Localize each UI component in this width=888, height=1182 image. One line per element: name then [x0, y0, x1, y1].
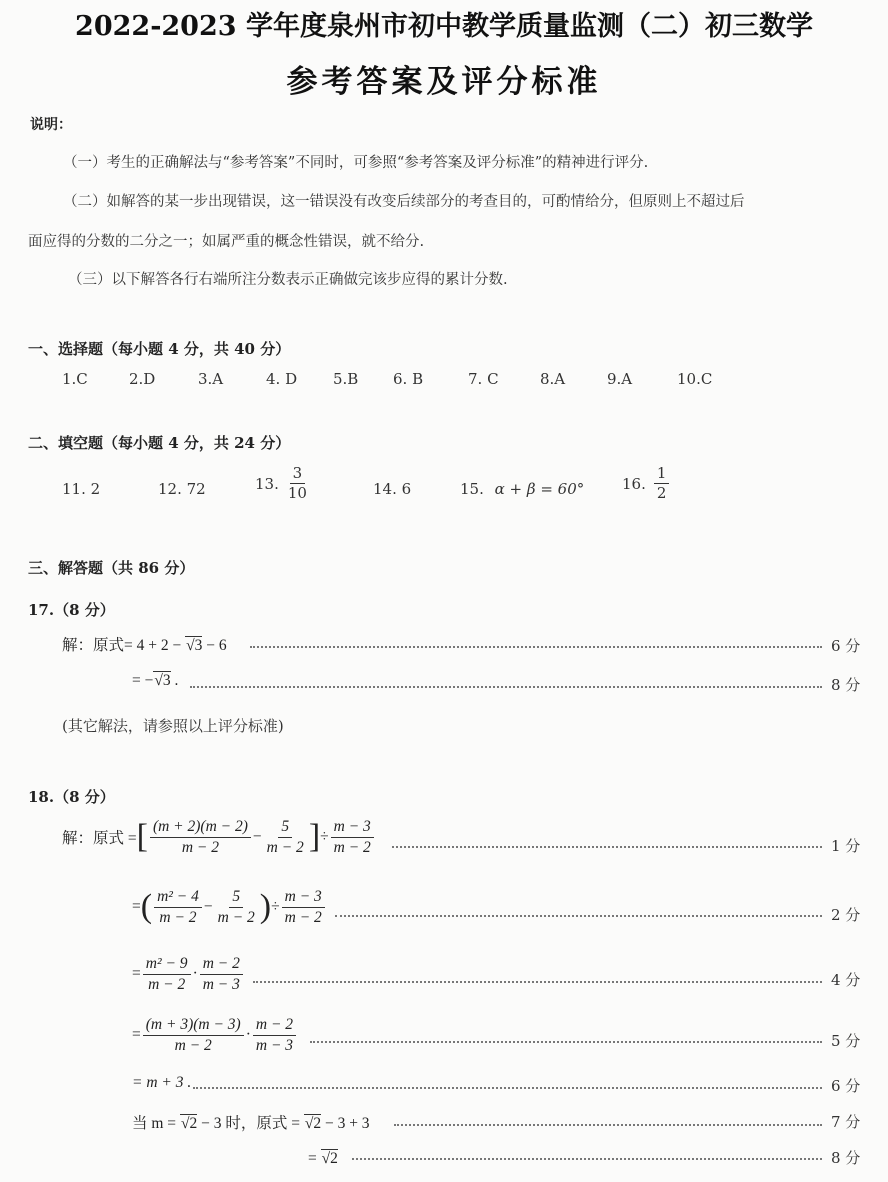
fraction: 5m − 2	[215, 888, 258, 927]
q18-step-2: = ( m² − 4m − 2 − 5m − 2 ) ÷ m − 3m − 2	[132, 888, 327, 927]
operator: −	[253, 828, 262, 846]
denominator: m − 2	[145, 975, 188, 994]
denominator: m − 2	[215, 908, 258, 927]
expr: = 4 + 2 −	[124, 637, 185, 654]
answer-7: 7. C	[468, 370, 499, 388]
q18-points-4: 5 分	[831, 1030, 860, 1051]
answer-15-label: 15.	[460, 480, 484, 498]
q17-step-2: = −3 .	[132, 672, 178, 690]
sqrt: 2	[321, 1149, 338, 1167]
operator: =	[132, 965, 141, 983]
answer-13: 13. 3 10	[255, 465, 312, 503]
dotted-leader	[190, 686, 822, 688]
expr: = m + 3 .	[132, 1074, 191, 1091]
answer-3: 3.A	[198, 370, 223, 388]
answer-15: 15. α + β = 60°	[460, 480, 584, 498]
q18-step-1: 解：原式 = [ (m + 2)(m − 2)m − 2 − 5m − 2 ] …	[62, 818, 376, 857]
section-multiple-choice-heading: 一、选择题（每小题 4 分，共 40 分）	[28, 338, 290, 359]
section-solutions-heading: 三、解答题（共 86 分）	[28, 557, 194, 578]
expr: − 3 时，原式 =	[197, 1115, 304, 1132]
sqrt: 3	[185, 636, 202, 654]
q17-points-2: 8 分	[831, 674, 860, 695]
right-bracket: ]	[309, 820, 320, 854]
numerator: 1	[654, 465, 670, 484]
answer-16-label: 16.	[622, 475, 646, 493]
dotted-leader	[394, 1124, 822, 1126]
q18-step-4: = (m + 3)(m − 3)m − 2 · m − 2m − 3	[132, 1016, 298, 1055]
sqrt: 2	[304, 1114, 321, 1132]
numerator: m − 2	[253, 1016, 296, 1036]
dotted-leader	[310, 1041, 822, 1043]
answer-16-fraction: 1 2	[654, 465, 670, 503]
answer-5: 5.B	[333, 370, 358, 388]
dotted-leader	[253, 981, 822, 983]
document-title: 2022-2023 学年度泉州市初中教学质量监测（二）初三数学	[0, 4, 888, 43]
denominator: 2	[654, 484, 670, 502]
note-item-1: （一）考生的正确解法与“参考答案”不同时，可参照“参考答案及评分标准”的精神进行…	[63, 151, 648, 172]
denominator: 10	[285, 484, 310, 502]
section-fill-blank-heading: 二、填空题（每小题 4 分，共 24 分）	[28, 432, 290, 453]
expr: − 6	[202, 637, 226, 654]
q17-points-1: 6 分	[831, 635, 860, 656]
q18-step-6: 当 m = 2 − 3 时，原式 = 2 − 3 + 3	[132, 1111, 370, 1133]
denominator: m − 3	[200, 975, 243, 994]
dotted-leader	[352, 1158, 822, 1160]
expr: .	[171, 672, 179, 689]
numerator: (m + 2)(m − 2)	[150, 818, 251, 838]
numerator: 5	[229, 888, 243, 908]
numerator: m − 2	[200, 955, 243, 975]
denominator: m − 2	[172, 1036, 215, 1055]
note-item-3: （三）以下解答各行右端所注分数表示正确做完该步应得的累计分数.	[68, 268, 508, 289]
answer-9: 9.A	[607, 370, 632, 388]
left-bracket: [	[137, 820, 148, 854]
operator: −	[204, 898, 213, 916]
solution-lead: 解：原式	[62, 637, 124, 654]
q18-points-3: 4 分	[831, 969, 860, 990]
q18-step-7: = 2	[308, 1150, 338, 1168]
q17-alt-note: (其它解法，请参照以上评分标准)	[62, 715, 284, 736]
denominator: m − 3	[253, 1036, 296, 1055]
answer-13-label: 13.	[255, 475, 279, 493]
dotted-leader	[335, 915, 822, 917]
denominator: m − 2	[331, 838, 374, 857]
fraction: m² − 9m − 2	[143, 955, 191, 994]
answer-12: 12. 72	[158, 480, 206, 498]
answer-11: 11. 2	[62, 480, 100, 498]
solution-lead: 解：原式 =	[62, 826, 137, 848]
answer-4: 4. D	[266, 370, 297, 388]
sqrt: 3	[153, 671, 170, 689]
operator: =	[132, 898, 141, 916]
numerator: 5	[278, 818, 292, 838]
answer-2: 2.D	[129, 370, 155, 388]
left-paren: (	[141, 890, 152, 924]
numerator: m − 3	[331, 818, 374, 838]
sqrt: 2	[180, 1114, 197, 1132]
dotted-leader	[250, 646, 822, 648]
answer-15-expression: α + β = 60°	[495, 480, 585, 498]
operator: ·	[193, 965, 198, 983]
answer-13-fraction: 3 10	[285, 465, 310, 503]
numerator: m² − 4	[154, 888, 202, 908]
q17-step-1: 解：原式= 4 + 2 − 3 − 6	[62, 633, 227, 655]
q18-points-1: 1 分	[831, 835, 860, 856]
denominator: m − 2	[156, 908, 199, 927]
question-17-title: 17.（8 分）	[28, 599, 115, 620]
q18-points-6: 7 分	[831, 1111, 860, 1132]
denominator: m − 2	[282, 908, 325, 927]
fraction: m − 3m − 2	[282, 888, 325, 927]
dotted-leader	[193, 1087, 822, 1089]
denominator: m − 2	[179, 838, 222, 857]
q18-step-5: = m + 3 .	[132, 1074, 191, 1092]
operator: =	[132, 1026, 141, 1044]
operator: ÷	[271, 898, 280, 916]
fraction: (m + 2)(m − 2)m − 2	[150, 818, 251, 857]
fraction: 5m − 2	[264, 818, 307, 857]
denominator: m − 2	[264, 838, 307, 857]
fraction: m − 2m − 3	[253, 1016, 296, 1055]
q18-points-7: 8 分	[831, 1147, 860, 1168]
fraction: (m + 3)(m − 3)m − 2	[143, 1016, 244, 1055]
numerator: m² − 9	[143, 955, 191, 975]
answer-6: 6. B	[393, 370, 423, 388]
right-paren: )	[260, 890, 271, 924]
q18-points-2: 2 分	[831, 904, 860, 925]
q18-points-5: 6 分	[831, 1075, 860, 1096]
expr: 当 m =	[132, 1115, 180, 1132]
note-item-2-cont: 面应得的分数的二分之一；如属严重的概念性错误，就不给分.	[28, 230, 424, 251]
expr: − 3 + 3	[321, 1115, 369, 1132]
question-18-title: 18.（8 分）	[28, 786, 115, 807]
fraction: m − 3m − 2	[331, 818, 374, 857]
document-subtitle: 参考答案及评分标准	[0, 56, 888, 101]
operator: ·	[246, 1026, 251, 1044]
dotted-leader	[392, 846, 822, 848]
fraction: m² − 4m − 2	[154, 888, 202, 927]
answer-16: 16. 1 2	[622, 465, 671, 503]
note-item-2: （二）如解答的某一步出现错误，这一错误没有改变后续部分的考查目的，可酌情给分，但…	[63, 190, 745, 211]
answer-14: 14. 6	[373, 480, 411, 498]
numerator: 3	[290, 465, 306, 484]
expr: = −	[132, 672, 153, 689]
expr: =	[308, 1150, 321, 1167]
fraction: m − 2m − 3	[200, 955, 243, 994]
notes-heading: 说明：	[30, 114, 72, 134]
answer-1: 1.C	[62, 370, 88, 388]
q18-step-3: = m² − 9m − 2 · m − 2m − 3	[132, 955, 245, 994]
numerator: (m + 3)(m − 3)	[143, 1016, 244, 1036]
answer-10: 10.C	[677, 370, 712, 388]
numerator: m − 3	[282, 888, 325, 908]
answer-8: 8.A	[540, 370, 565, 388]
operator: ÷	[320, 828, 329, 846]
